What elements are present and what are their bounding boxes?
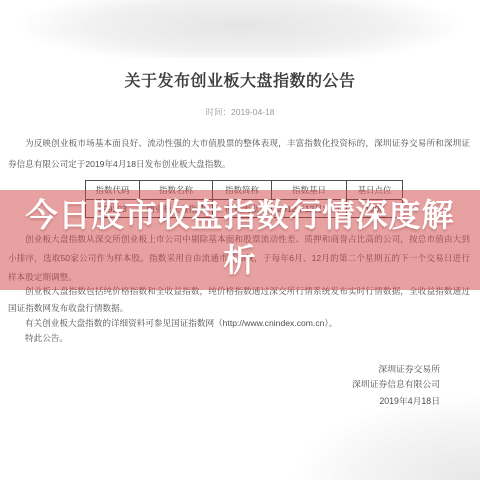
- announcement-page: { "page": { "title": "关于发布创业板大盘指数的公告", "…: [0, 0, 480, 480]
- watermark-text-line-1: 今日股市收盘指数行情深度解: [0, 193, 480, 238]
- paragraph-intro: 为反映创业板市场基本面良好、流动性强的大市值股票的整体表现，丰富指数化投资标的，…: [8, 133, 470, 175]
- page-title: 关于发布创业板大盘指数的公告: [0, 68, 480, 91]
- signature-date: 2019年4月18日: [0, 394, 440, 407]
- paragraph-closing: 特此公告。: [8, 331, 470, 345]
- signature-org-siic: 深圳证券信息有限公司: [0, 377, 440, 390]
- signature-org-szse: 深圳证券交易所: [0, 362, 440, 375]
- top-shadow-gradient: [0, 0, 480, 58]
- watermark-text-line-2: 析: [0, 238, 480, 283]
- paragraph-more-info-url: 有关创业板大盘指数的详细资料可参见国证指数网（http://www.cninde…: [8, 316, 470, 330]
- watermark-overlay-banner: 今日股市收盘指数行情深度解 析: [0, 190, 480, 290]
- publish-timestamp: 时间：2019-04-18: [0, 106, 480, 118]
